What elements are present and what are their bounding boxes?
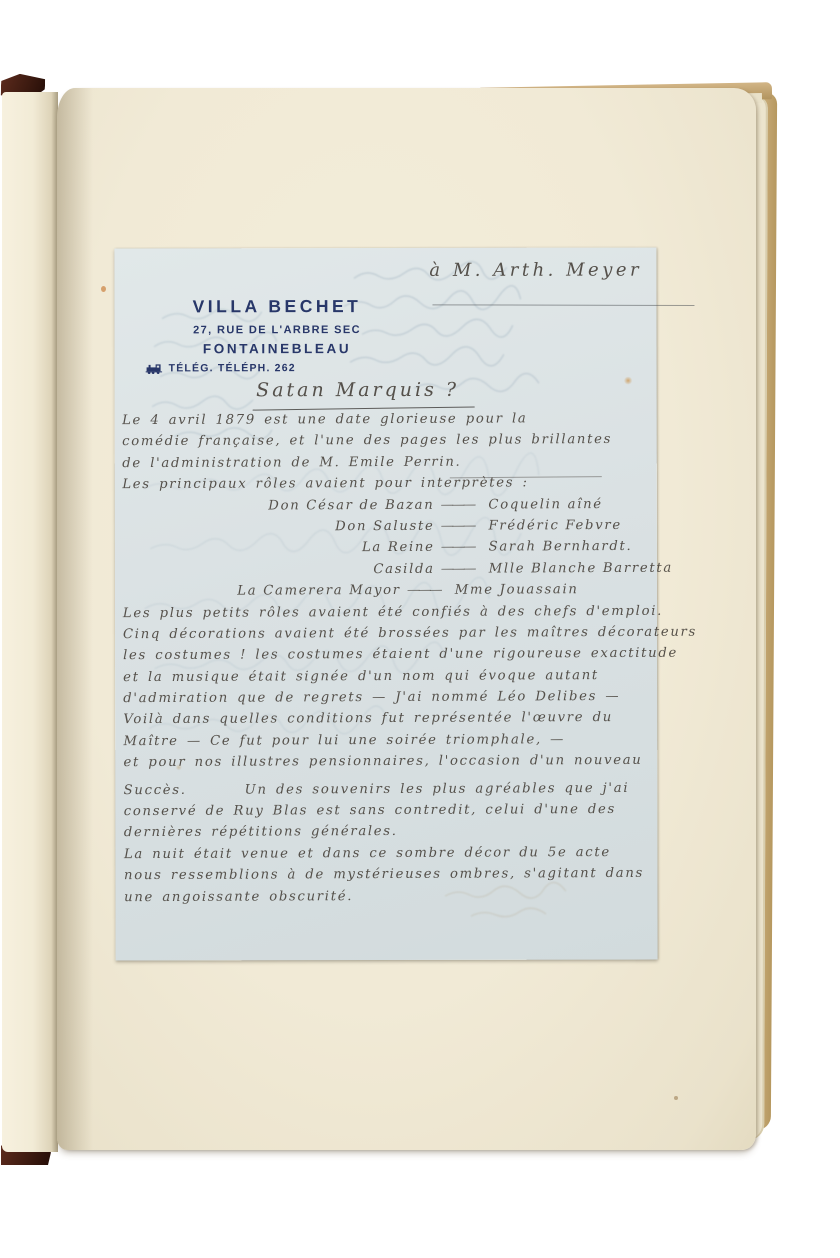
manuscript-line: et la musique était signée d'un nom qui … bbox=[123, 668, 655, 692]
manuscript-line: Les principaux rôles avaient pour interp… bbox=[122, 475, 654, 499]
letterhead-address: 27, RUE DE L'ARBRE SEC bbox=[155, 324, 400, 336]
cast-actor: Mme Jouassain bbox=[447, 582, 579, 604]
page-foxing-spot bbox=[101, 286, 106, 292]
manuscript-line: Le 4 avril 1879 est une date glorieuse p… bbox=[122, 411, 654, 435]
cast-list: Don César de Bazan ——— Coquelin aîné Don… bbox=[122, 496, 654, 605]
cast-row: Casilda ——— Mlle Blanche Barretta bbox=[123, 561, 655, 585]
letterhead-city: FONTAINEBLEAU bbox=[155, 341, 400, 356]
manuscript-line: une angoissante obscurité. bbox=[124, 887, 656, 911]
manuscript-line: nous ressemblions à de mystérieuses ombr… bbox=[124, 866, 656, 890]
cast-actor: Sarah Bernhardt. bbox=[481, 539, 633, 561]
letterhead: VILLA BECHET 27, RUE DE L'ARBRE SEC FONT… bbox=[154, 296, 399, 356]
cast-role: La Camerera Mayor bbox=[89, 583, 401, 606]
cast-row: Don César de Bazan ——— Coquelin aîné bbox=[122, 496, 654, 520]
page-speck bbox=[674, 1096, 678, 1100]
cast-dash: ——— bbox=[435, 561, 481, 583]
manuscript-line: dernières répétitions générales. bbox=[124, 823, 656, 847]
manuscript-line: les costumes ! les costumes étaient d'un… bbox=[123, 646, 655, 670]
closing-paragraph: Succès. Un des souvenirs les plus agréab… bbox=[124, 780, 657, 911]
cast-role: La Reine bbox=[123, 540, 435, 563]
train-icon bbox=[146, 363, 163, 374]
cast-role: Don César de Bazan bbox=[122, 497, 434, 520]
cast-dash: ——— bbox=[434, 497, 480, 519]
album-page-left bbox=[2, 92, 58, 1152]
manuscript-line: Maître — Ce fut pour lui une soirée trio… bbox=[123, 732, 655, 756]
cast-actor: Mlle Blanche Barretta bbox=[481, 560, 673, 582]
letter-dedication: à M. Arth. Meyer bbox=[429, 260, 642, 281]
manuscript-line: Les plus petits rôles avaient été confié… bbox=[123, 603, 655, 627]
letterhead-villa-name: VILLA BECHET bbox=[154, 296, 399, 317]
cast-row: Don Saluste ——— Frédéric Febvre bbox=[122, 518, 654, 542]
cast-actor: Coquelin aîné bbox=[480, 497, 602, 519]
cast-dash: ——— bbox=[435, 540, 481, 562]
telegraph-text: TÉLÉG. TÉLÉPH. 262 bbox=[169, 362, 296, 374]
letter-foxing-spot bbox=[175, 764, 182, 770]
letter-title: Satan Marquis ? bbox=[243, 379, 473, 401]
manuscript-line: Succès. Un des souvenirs les plus agréab… bbox=[124, 780, 656, 804]
manuscript-line: d'admiration que de regrets — J'ai nommé… bbox=[123, 689, 655, 713]
manuscript-line: et pour nos illustres pensionnaires, l'o… bbox=[124, 753, 656, 777]
title-underline bbox=[253, 406, 475, 410]
manuscript-line: conservé de Ruy Blas est sans contredit,… bbox=[124, 802, 656, 826]
manuscript-line: comédie française, et l'une des pages le… bbox=[122, 432, 654, 456]
manuscript-letter: à M. Arth. Meyer VILLA BECHET 27, RUE DE… bbox=[114, 248, 657, 961]
manuscript-line: Cinq décorations avaient été brossées pa… bbox=[123, 625, 655, 649]
cast-row: La Camerera Mayor ——— Mme Jouassain bbox=[89, 582, 621, 606]
cast-role: Casilda bbox=[123, 562, 435, 585]
cast-actor: Frédéric Febvre bbox=[480, 518, 621, 540]
cast-dash: ——— bbox=[434, 519, 480, 541]
manuscript-line: La nuit était venue et dans ce sombre dé… bbox=[124, 845, 656, 869]
intro-paragraph: Le 4 avril 1879 est une date glorieuse p… bbox=[122, 411, 654, 499]
cast-role: Don Saluste bbox=[122, 519, 434, 542]
cast-row: La Reine ——— Sarah Bernhardt. bbox=[123, 539, 655, 563]
letter-foxing-spot bbox=[624, 377, 633, 385]
dedication-underline bbox=[432, 304, 694, 306]
letterhead-telegraph: TÉLÉG. TÉLÉPH. 262 bbox=[146, 362, 296, 374]
cast-dash: ——— bbox=[401, 583, 447, 605]
body-paragraph: Les plus petits rôles avaient été confié… bbox=[123, 603, 656, 776]
manuscript-line: Voilà dans quelles conditions fut représ… bbox=[123, 710, 655, 734]
photo-backdrop: à M. Arth. Meyer VILLA BECHET 27, RUE DE… bbox=[0, 0, 840, 1258]
manuscript-text: Le 4 avril 1879 est une date glorieuse p… bbox=[122, 411, 656, 911]
manuscript-line: de l'administration de M. Emile Perrin. bbox=[122, 454, 654, 478]
gutter-shadow bbox=[57, 88, 93, 1150]
